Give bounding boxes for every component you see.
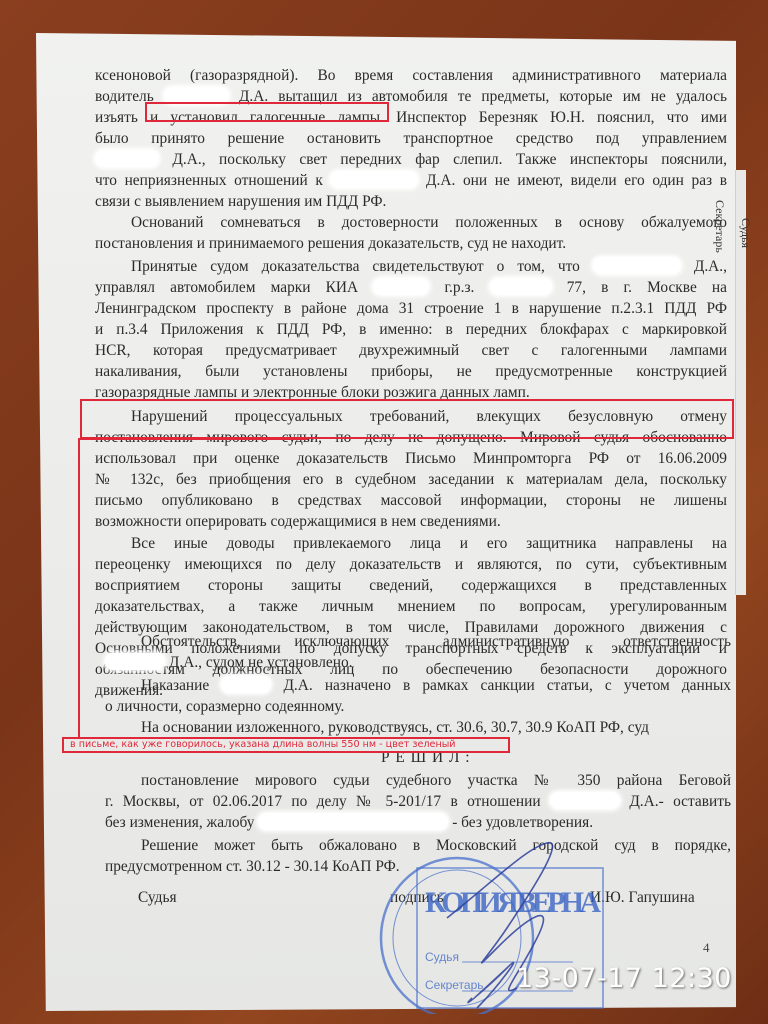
- text-line: HCR, которая предусматривает двухрежимны…: [95, 340, 727, 361]
- text-line: г. Москвы, от 02.06.2017 по делу № 5-201…: [105, 791, 731, 812]
- text-line: связи с выявлением нарушения им ПДД РФ.: [95, 191, 386, 212]
- text-line: управлял автомобилем марки КИА г.р.з. 77…: [95, 277, 727, 298]
- highlighted-text-line: использовал при оценке доказательств Пис…: [95, 448, 727, 469]
- stamp-judge-label: Судья: [425, 950, 459, 964]
- text-line: было принято решение остановить транспор…: [95, 128, 727, 149]
- highlight-box-halogen: [145, 102, 389, 122]
- text-line: доказательствах, а также личным мнением …: [95, 596, 727, 617]
- text-fragment: Принятые судом доказательства свидетельс…: [131, 258, 580, 275]
- text-line: предусмотренном ст. 30.12 - 30.14 КоАП Р…: [105, 856, 400, 877]
- signature-role: Судья: [138, 887, 177, 908]
- text-line: письмо опубликовано в средствах массовой…: [95, 490, 727, 511]
- text-line: постановление мирового судьи судебного у…: [141, 770, 731, 791]
- photo-timestamp: 13-07-17 12:30: [516, 963, 732, 994]
- text-line: постановления и принимаемого решения док…: [95, 233, 566, 254]
- text-fragment: г.р.з.: [444, 279, 474, 296]
- redacted-name: [221, 676, 271, 693]
- page-number: 4: [703, 940, 710, 956]
- text-line: что неприязненных отношений к Д.А. они н…: [95, 170, 727, 191]
- text-fragment: Д.А.,: [694, 258, 727, 275]
- redacted-plate: [490, 278, 552, 295]
- redacted-name: [258, 813, 448, 830]
- annotation-caption: в письме, как уже говорилось, указана дл…: [62, 737, 510, 753]
- text-fragment: без изменения, жалобу: [105, 814, 254, 831]
- text-line: Оснований сомневаться в достоверности по…: [131, 212, 727, 233]
- text-fragment: г. Москвы, от 02.06.2017 по делу № 5-201…: [105, 793, 541, 810]
- connector-vertical: [78, 438, 80, 737]
- text-line: Все иные доводы привлекаемого лица и его…: [131, 533, 727, 554]
- text-line: № 132с, без приобщения его в судебном за…: [95, 469, 727, 490]
- stamp-secretary-label: Секретарь: [425, 978, 484, 992]
- text-line: ксеноновой (газоразрядной). Во время сос…: [95, 65, 727, 86]
- text-fragment: Д.А., поскольку свет передних фар слепил…: [172, 151, 727, 168]
- text-line: и п.3.4 Приложения к ПДД РФ, в именно: в…: [95, 319, 727, 340]
- text-fragment: - без удовлетворения.: [452, 814, 593, 831]
- text-line: накаливания, были установлены приборы, н…: [95, 361, 727, 382]
- text-line: о личности, соразмерно содеянному.: [105, 696, 344, 717]
- redacted-name: [95, 150, 159, 167]
- text-fragment: Д.А. назначено в рамках санкции статьи, …: [283, 677, 731, 694]
- text-line: возможности оперировать содержащимися в …: [95, 511, 501, 532]
- text-line: Принятые судом доказательства свидетельс…: [131, 256, 727, 277]
- text-fragment: Наказание: [141, 677, 209, 694]
- text-fragment: изъять: [95, 109, 138, 126]
- text-line: без изменения, жалобу - без удовлетворен…: [105, 812, 593, 833]
- text-fragment: что неприязненных отношений к: [95, 172, 323, 189]
- redacted-name: [330, 171, 418, 188]
- text-line: переоценку имеющихся по делу доказательс…: [95, 554, 727, 575]
- text-line: Д.А., поскольку свет передних фар слепил…: [95, 149, 727, 170]
- photo-frame: Судья Секретарь ксеноновой (газоразрядно…: [0, 0, 768, 1024]
- side-label-judge: Судья: [738, 218, 753, 248]
- redacted-name: [550, 792, 620, 809]
- text-line: Ленинградском проспекту в районе дома 31…: [95, 298, 727, 319]
- highlight-box-letter: [80, 399, 734, 439]
- connector-horizontal: [78, 438, 308, 440]
- redacted-name: [593, 257, 681, 274]
- text-fragment: Д.А. они не имеют, видели его один раз в: [426, 172, 727, 189]
- text-line: Обстоятельств, исключающих административ…: [141, 631, 731, 652]
- text-fragment: Д.А.- оставить: [629, 793, 731, 810]
- text-fragment: Инспектор Березняк Ю.Н. пояснил, что ими: [396, 109, 727, 126]
- redacted-model: [373, 278, 429, 295]
- redacted-name: [105, 653, 165, 670]
- text-fragment: 77, в г. Москве на: [567, 279, 727, 296]
- text-line: Д.А., судом не установлено.: [105, 652, 353, 673]
- text-fragment: Д.А., судом не установлено.: [169, 654, 353, 671]
- text-line: восприятием стороны защиты сведений, сод…: [95, 575, 727, 596]
- text-line: Наказание Д.А. назначено в рамках санкци…: [141, 675, 731, 696]
- text-line: На основании изложенного, руководствуясь…: [141, 717, 649, 738]
- text-fragment: управлял автомобилем марки КИА: [95, 279, 358, 296]
